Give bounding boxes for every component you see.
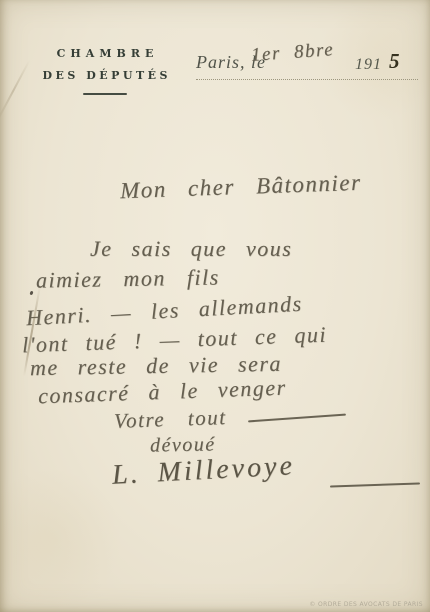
closing-line-1: Votre tout <box>114 405 227 434</box>
paper-crease-faint <box>0 59 30 122</box>
body-line-1: Je sais que vous <box>90 236 292 262</box>
pen-flourish <box>248 414 346 423</box>
letterhead: CHAMBRE DES DÉPUTÉS <box>38 47 172 95</box>
salutation: Mon cher Bâtonnier <box>120 170 362 204</box>
printed-year: 191 <box>355 56 382 74</box>
letterhead-line1: CHAMBRE <box>38 47 172 60</box>
ink-dot <box>29 291 33 296</box>
letterhead-line2: DES DÉPUTÉS <box>38 69 172 82</box>
body-line-2: aimiez mon fils <box>36 264 220 293</box>
letter-scan: CHAMBRE DES DÉPUTÉS Paris, le 1er 8bre 1… <box>0 0 430 612</box>
archive-watermark: © ORDRE DES AVOCATS DE PARIS <box>309 601 423 608</box>
handwritten-year-digit: 5 <box>389 49 400 74</box>
signature: L. Millevoye <box>111 450 295 492</box>
signature-flourish <box>330 482 420 487</box>
letterhead-divider <box>83 93 127 95</box>
